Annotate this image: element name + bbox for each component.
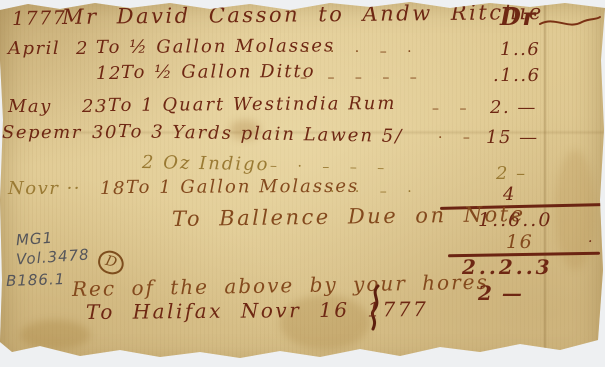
row-description: To ½ Gallon Molasses — [96, 35, 335, 58]
paper-sheet: 1777 Mr David Casson to Andw Ritchie Dr … — [0, 0, 605, 367]
margin-note-collection: MG1 — [15, 229, 53, 250]
row-amount: 2 – — [496, 163, 527, 184]
row-month: Sepemr — [2, 122, 82, 143]
margin-note-volume: Vol.3478 — [15, 245, 90, 268]
receipt-amount: 2 — — [478, 281, 523, 305]
row-description: To 1 Quart Westindia Rum — [108, 93, 397, 116]
balance-label: To Ballence Due on Note — [172, 202, 526, 231]
header-year: 1777 — [12, 7, 67, 30]
carry-dot: · — [588, 234, 594, 250]
row-day: 30 — [92, 122, 118, 143]
circled-d-mark: D — [96, 248, 127, 277]
header-title: Mr David Casson to Andw Ritchie — [62, 0, 544, 29]
scanned-historical-receipt: { "header": { "year": "1777", "title": "… — [0, 0, 605, 367]
ink-stain — [20, 320, 90, 350]
pen-flourish-icon — [538, 14, 602, 32]
place-date-line: To Halifax Novr 16 1777 — [86, 297, 428, 324]
row-description: To ½ Gallon Ditto — [121, 61, 316, 83]
row-month: April — [8, 38, 60, 59]
row-dash-leaders: – – – – – — [300, 70, 425, 86]
row-dash-leaders: – · – – – — [270, 158, 393, 177]
row-amount: 15 — — [486, 127, 539, 148]
row-day: 18 — [100, 178, 126, 199]
header-dr-abbreviation: Dr — [500, 2, 536, 31]
row-dash-leaders: · · · – · — [305, 44, 420, 60]
row-month: Novr ·· — [8, 178, 81, 199]
row-day: 12 — [96, 63, 122, 84]
row-amount: 1..6 — [500, 39, 540, 60]
row-description: To 3 Yards plain Lawen 5/ — [118, 121, 404, 147]
row-dash-leaders: · · – · — [330, 184, 420, 200]
margin-note-item: B186.1 — [6, 270, 66, 290]
row-amount: .1..6 — [493, 65, 541, 86]
balance-amount: 1..6..0 — [478, 209, 552, 231]
row-day: 23 — [82, 96, 108, 117]
row-description: To 1 Gallon Molasses — [126, 176, 359, 198]
row-month: May — [8, 96, 52, 117]
row-description: 2 Oz Indigo — [142, 152, 270, 175]
row-dash-leaders: – – — [432, 101, 474, 117]
row-dash-leaders: · – — [438, 130, 478, 146]
carry-amount: 16 — [506, 231, 533, 253]
row-amount: 2. — — [490, 97, 537, 118]
vertical-fold-crease — [543, 0, 547, 367]
row-day: 2 — [76, 38, 89, 59]
